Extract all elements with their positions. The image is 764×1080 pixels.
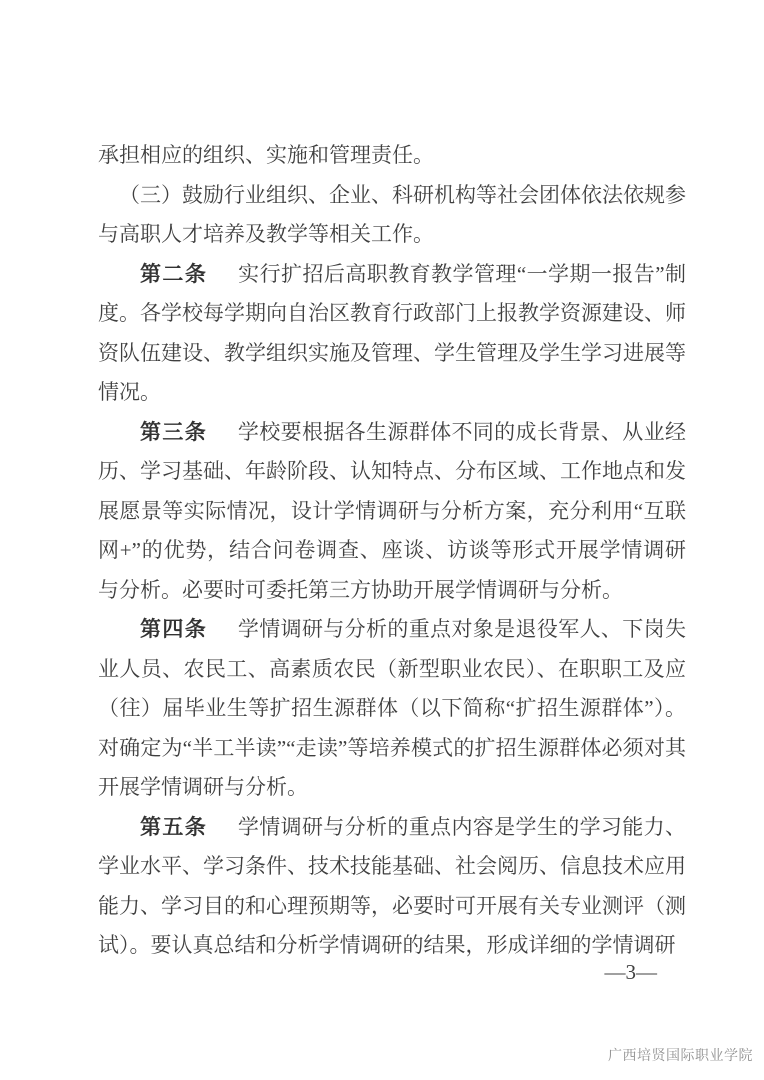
document-body: 承担相应的组织、实施和管理责任。 （三）鼓励行业组织、企业、科研机构等社会团体依… (98, 136, 686, 966)
watermark: 广西培贤国际职业学院 (608, 1045, 753, 1065)
paragraph-continuation: 承担相应的组织、实施和管理责任。 (98, 136, 686, 176)
paragraph-clause-4: 第四条 学情调研与分析的重点对象是退役军人、下岗失业人员、农民工、高素质农民（新… (98, 610, 686, 808)
clause-number: 第二条 (140, 263, 207, 286)
paragraph-text: 学情调研与分析的重点对象是退役军人、下岗失业人员、农民工、高素质农民（新型职业农… (98, 617, 686, 799)
document-page: 承担相应的组织、实施和管理责任。 （三）鼓励行业组织、企业、科研机构等社会团体依… (0, 0, 764, 1080)
paragraph-item-3: （三）鼓励行业组织、企业、科研机构等社会团体依法依规参与高职人才培养及教学等相关… (98, 176, 686, 255)
clause-number: 第三条 (140, 421, 207, 444)
paragraph-clause-3: 第三条 学校要根据各生源群体不同的成长背景、从业经历、学习基础、年龄阶段、认知特… (98, 413, 686, 611)
page-number: —3— (605, 960, 658, 984)
paragraph-text: 承担相应的组织、实施和管理责任。 (98, 143, 434, 167)
paragraph-text: （三）鼓励行业组织、企业、科研机构等社会团体依法依规参与高职人才培养及教学等相关… (98, 183, 686, 247)
paragraph-text: 学校要根据各生源群体不同的成长背景、从业经历、学习基础、年龄阶段、认知特点、分布… (98, 420, 686, 602)
paragraph-clause-5: 第五条 学情调研与分析的重点内容是学生的学习能力、学业水平、学习条件、技术技能基… (98, 808, 686, 966)
paragraph-clause-2: 第二条 实行扩招后高职教育教学管理“一学期一报告”制度。各学校每学期向自治区教育… (98, 255, 686, 413)
clause-number: 第四条 (140, 618, 207, 641)
clause-number: 第五条 (140, 816, 207, 839)
